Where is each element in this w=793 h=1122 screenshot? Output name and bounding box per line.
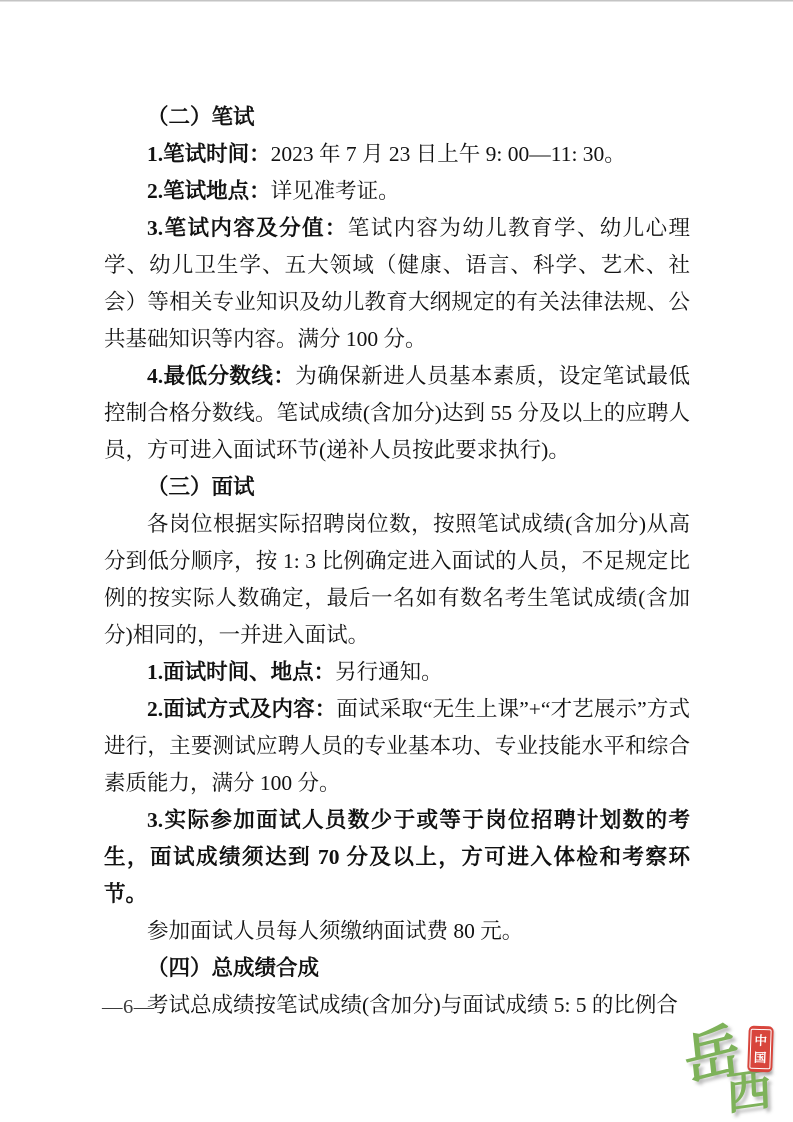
document-page: （二）笔试 1.笔试时间：2023 年 7 月 23 日上午 9: 00—11:… [0, 0, 793, 1122]
para-text-written-exam-time: 2023 年 7 月 23 日上午 9: 00—11: 30。 [271, 142, 626, 166]
para-interview-passing-score: 3.实际参加面试人员数少于或等于岗位招聘计划数的考生，面试成绩须达到 70 分及… [104, 802, 690, 913]
para-total-score-formula: 考试总成绩按笔试成绩(含加分)与面试成绩 5: 5 的比例合 [104, 987, 690, 1024]
para-text-interview-ratio: 各岗位根据实际招聘岗位数，按照笔试成绩(含加分)从高分到低分顺序，按 1: 3 … [104, 512, 690, 647]
china-seal: 中 国 [747, 1026, 774, 1073]
logo-char-xi: 西 [725, 1065, 772, 1118]
china-seal-frame: 中 国 [749, 1029, 771, 1070]
para-text-written-exam-location: 详见准考证。 [271, 179, 400, 203]
para-minimum-score: 4.最低分数线：为确保新进人员基本素质，设定笔试最低控制合格分数线。笔试成绩(含… [104, 358, 690, 469]
yuexi-logo: 岳 西 中 国 [660, 1000, 793, 1122]
para-text-interview-time-location: 另行通知。 [335, 660, 443, 684]
section-heading-written-exam: （二）笔试 [104, 99, 690, 136]
seal-char-guo: 国 [754, 1049, 767, 1066]
para-text-total-score-formula: 考试总成绩按笔试成绩(含加分)与面试成绩 5: 5 的比例合 [147, 993, 678, 1017]
para-label-interview-method: 2.面试方式及内容： [147, 697, 336, 721]
section-heading-total-score: （四）总成绩合成 [104, 950, 690, 987]
section-heading-interview: （三）面试 [104, 469, 690, 506]
page-number: —6— [102, 996, 155, 1019]
para-written-exam-location: 2.笔试地点：详见准考证。 [104, 173, 690, 210]
para-interview-time-location: 1.面试时间、地点：另行通知。 [104, 654, 690, 691]
page-top-edge [0, 0, 793, 2]
para-label-written-exam-location: 2.笔试地点： [147, 179, 271, 203]
para-text-interview-fee: 参加面试人员每人须缴纳面试费 80 元。 [147, 919, 523, 943]
para-text-interview-passing-score: 3.实际参加面试人员数少于或等于岗位招聘计划数的考生，面试成绩须达到 70 分及… [104, 808, 690, 906]
para-label-interview-time-location: 1.面试时间、地点： [147, 660, 335, 684]
para-interview-fee: 参加面试人员每人须缴纳面试费 80 元。 [104, 913, 690, 950]
para-interview-method: 2.面试方式及内容：面试采取“无生上课”+“才艺展示”方式进行，主要测试应聘人员… [104, 691, 690, 802]
para-label-minimum-score: 4.最低分数线： [147, 364, 295, 388]
document-body: （二）笔试 1.笔试时间：2023 年 7 月 23 日上午 9: 00—11:… [104, 99, 690, 1024]
para-written-exam-content: 3.笔试内容及分值：笔试内容为幼儿教育学、幼儿心理学、幼儿卫生学、五大领域（健康… [104, 210, 690, 358]
para-label-written-exam-content: 3.笔试内容及分值： [147, 216, 348, 240]
seal-char-zhong: 中 [754, 1032, 767, 1049]
para-interview-ratio: 各岗位根据实际招聘岗位数，按照笔试成绩(含加分)从高分到低分顺序，按 1: 3 … [104, 506, 690, 654]
para-label-written-exam-time: 1.笔试时间： [147, 142, 271, 166]
para-written-exam-time: 1.笔试时间：2023 年 7 月 23 日上午 9: 00—11: 30。 [104, 136, 690, 173]
